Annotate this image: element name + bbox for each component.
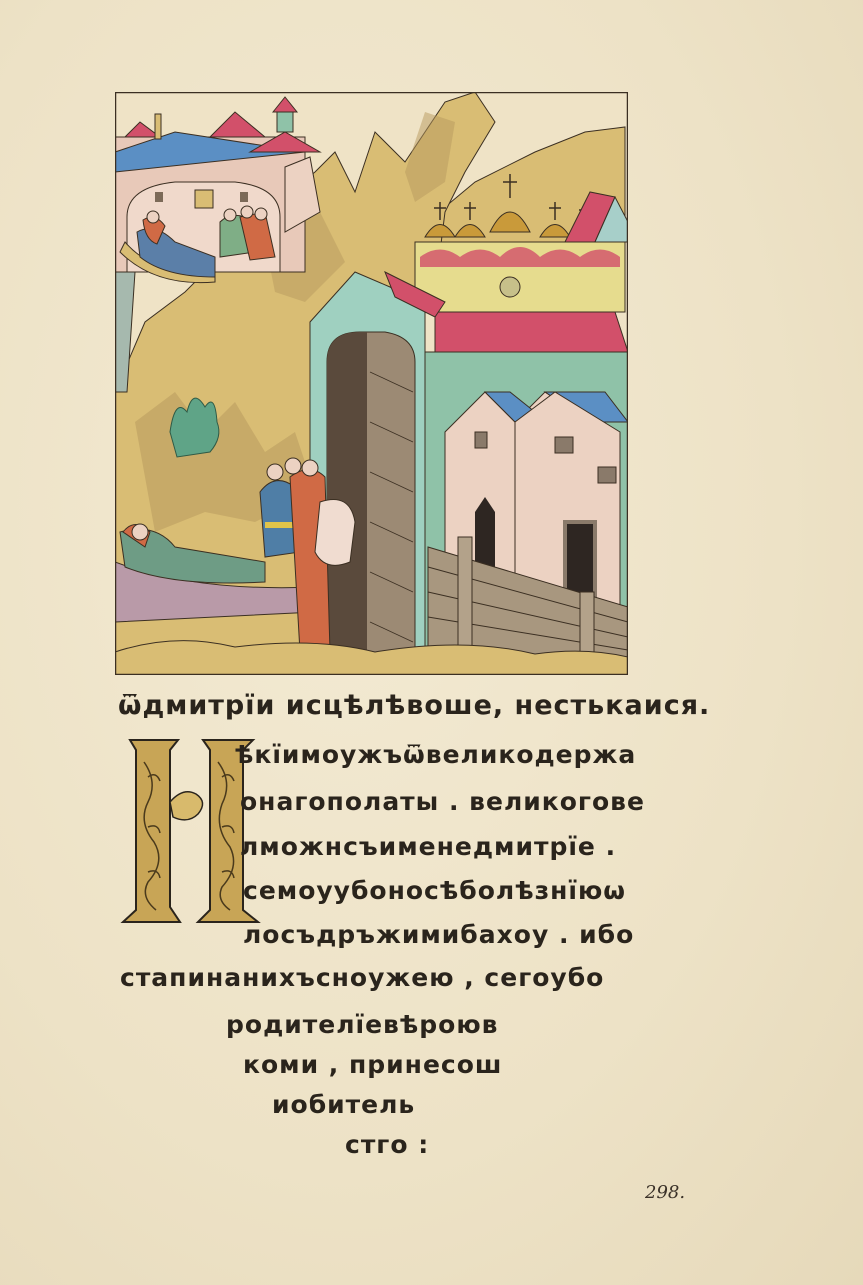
text-line-3: онагополаты . великогове: [240, 787, 645, 816]
miniature-svg: [115, 92, 628, 675]
text-line-11: стго :: [345, 1130, 429, 1159]
text-line-1: ѿдмитрїи исцѣлѣвоше, нестькаися.: [118, 690, 710, 721]
text-line-4: лможнсъименедмитрїе .: [240, 832, 616, 861]
text-line-7: стапинанихъсноужею , сегоубо: [120, 963, 604, 992]
text-line-9: коми , принесош: [243, 1050, 502, 1079]
text-line-2: ѣкїимоужъѿвеликодержа: [235, 740, 636, 769]
text-line-8: родителїевѣроюв: [226, 1010, 498, 1039]
text-line-5: семоуубоносѣболѣзнїюѡ: [243, 876, 626, 905]
miniature-illustration: [115, 92, 628, 675]
text-line-10: иобитель: [272, 1090, 415, 1119]
page-number: 298.: [645, 1182, 685, 1203]
text-line-6: лосъдръжимибахоу . ибо: [243, 920, 634, 949]
